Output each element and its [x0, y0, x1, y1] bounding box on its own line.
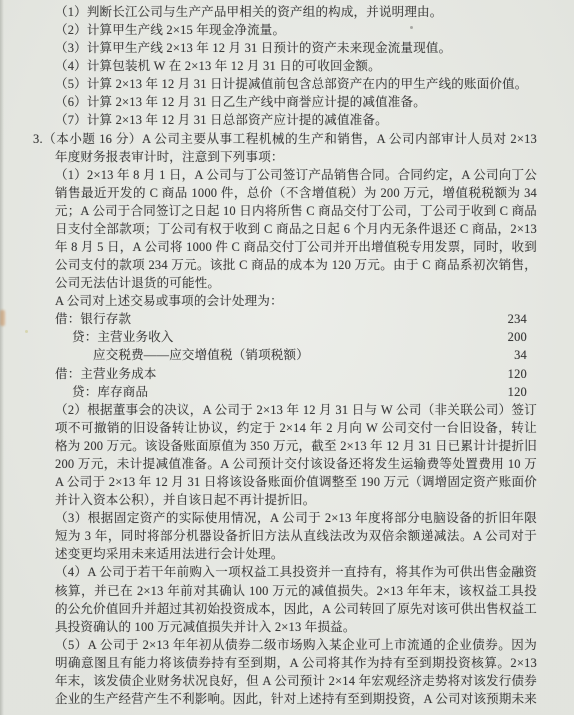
document-text-block: （1）判断长江公司与生产产品甲相关的资产组的构成，并说明理由。（2）计算甲生产线… — [0, 3, 574, 708]
paragraph-line: 200 万元，未计提减值准备。A 公司预计交付该设备还将发生运输费等处置费用 1… — [0, 455, 574, 473]
journal-account-text: 应交税费——应交增值税（销项税额） — [93, 346, 309, 364]
journal-account-text: 借：银行存款 — [55, 310, 131, 328]
paragraph-line: 明确意图且有能力将该债券持有至到期，A 公司将其作为持有至到期投资核算。2×13… — [0, 654, 574, 672]
question-requirement-line: （4）计算包装机 W 在 2×13 年 12 月 31 日的可收回金额。 — [0, 57, 574, 75]
paragraph-line: 并计入资本公积），并自该日起不再计提折旧。 — [0, 491, 574, 509]
paragraph-line: 公司支付的款项 234 万元。该批 C 商品的成本为 120 万元。由于 C 商… — [0, 256, 574, 274]
scan-dot-artifact — [350, 122, 353, 124]
scanned-exam-page: （1）判断长江公司与生产产品甲相关的资产组的构成，并说明理由。（2）计算甲生产线… — [0, 0, 574, 715]
journal-entry-debit-line: 借：主营业务成本120 — [0, 365, 574, 383]
paragraph-line: 短为 3 年，同时将部分机器设备折旧方法从直线法改为双倍余额递减法。A 公司对于… — [0, 527, 574, 545]
paragraph-line: A 公司于 2×13 年 12 月 31 日将该设备账面价值调整至 190 万元… — [0, 473, 574, 491]
paragraph-line: 格为 200 万元。该设备账面原值为 350 万元，截至 2×13 年 12 月… — [0, 437, 574, 455]
journal-account-text: 贷：库存商品 — [72, 383, 148, 401]
journal-amount: 234 — [508, 310, 527, 328]
journal-entry-subaccount-line: 应交税费——应交增值税（销项税额）34 — [0, 346, 574, 364]
paragraph-line: 元；A 公司于合同签订之日起 10 日内将所售 C 商品交付丁公司，丁公司于收到… — [0, 202, 574, 220]
paragraph-line: 日支付全部款项；丁公司有权于收到 C 商品之日起 6 个月内无条件退还 C 商品… — [0, 220, 574, 238]
scan-dot-artifact — [410, 26, 413, 29]
paragraph-line: 年度财务报表审计时，注意到下列事项： — [0, 148, 574, 166]
scan-smudge-artifact — [0, 310, 5, 326]
question-requirement-line: （2）计算甲生产线 2×15 年现金净流量。 — [0, 21, 574, 39]
paragraph-line: 企业的生产经营产生不利影响。因此，针对上述持有至到期投资，A 公司对该预期未来 — [0, 690, 574, 708]
journal-amount: 120 — [508, 383, 527, 401]
question-requirement-line: （6）计算 2×13 年 12 月 31 日乙生产线中商誉应计提的减值准备。 — [0, 93, 574, 111]
paragraph-line: 项不可撤销的旧设备转让协议，约定于 2×14 年 2 月向 W 公司交付一台旧设… — [0, 419, 574, 437]
question-requirement-line: （3）计算甲生产线 2×13 年 12 月 31 日预计的资产未来现金流量现值。 — [0, 39, 574, 57]
paragraph-line: 具投资确认的 100 万元减值损失并计入 2×13 年损益。 — [0, 618, 574, 636]
paragraph-line: 的公允价值回升并超过其初始投资成本，因此，A 公司转回了原先对该可供出售权益工 — [0, 600, 574, 618]
paragraph-line: 核算，并已在 2×13 年前对其确认 100 万元的减值损失。2×13 年年末，… — [0, 582, 574, 600]
paragraph-line: 年 8 月 5 日，A 公司将 1000 件 C 商品交付丁公司并开出增值税专用… — [0, 238, 574, 256]
paragraph-line: （2）根据董事会的决议，A 公司于 2×13 年 12 月 31 日与 W 公司… — [0, 401, 574, 419]
paragraph-line: （3）根据固定资产的实际使用情况，A 公司于 2×13 年度将部分电脑设备的折旧… — [0, 509, 574, 527]
question-requirement-line: （1）判断长江公司与生产产品甲相关的资产组的构成，并说明理由。 — [0, 3, 574, 21]
paragraph-line: （1）2×13 年 8 月 1 日，A 公司与丁公司签订产品销售合同。合同约定，… — [0, 166, 574, 184]
journal-account-text: 贷：主营业务收入 — [72, 328, 174, 346]
paragraph-line: 销售最近开发的 C 商品 1000 件，总价（不含增值税）为 200 万元，增值… — [0, 184, 574, 202]
question-requirement-line: （5）计算 2×13 年 12 月 31 日计提减值前包含总部资产在内的甲生产线… — [0, 75, 574, 93]
paragraph-line: （5）A 公司于 2×13 年年初从债券二级市场购入某企业可上市流通的企业债券。… — [0, 636, 574, 654]
journal-amount: 200 — [508, 328, 527, 346]
journal-entry-credit-line: 贷：库存商品120 — [0, 383, 574, 401]
question-heading-line: 3.（本小题 16 分）A 公司主要从事工程机械的生产和销售，A 公司内部审计人… — [0, 130, 574, 148]
paragraph-line: 年末，该发债企业财务状况良好，但 A 公司预计 2×14 年宏观经济走势将对该发… — [0, 672, 574, 690]
journal-entry-credit-line: 贷：主营业务收入200 — [0, 328, 574, 346]
journal-account-text: 借：主营业务成本 — [55, 365, 157, 383]
paragraph-line: A 公司对上述交易或事项的会计处理为： — [0, 292, 574, 310]
paragraph-line: 述变更均采用未来适用法进行会计处理。 — [0, 545, 574, 563]
question-requirement-line: （7）计算 2×13 年 12 月 31 日总部资产应计提的减值准备。 — [0, 111, 574, 129]
scan-dot-artifact — [25, 330, 28, 333]
journal-amount: 120 — [508, 365, 527, 383]
paragraph-line: （4）A 公司于若干年前购入一项权益工具投资并一直持有，将其作为可供出售金融资产 — [0, 563, 574, 581]
journal-entry-debit-line: 借：银行存款234 — [0, 310, 574, 328]
journal-amount: 34 — [514, 346, 527, 364]
paragraph-line: 公司无法估计退货的可能性。 — [0, 274, 574, 292]
